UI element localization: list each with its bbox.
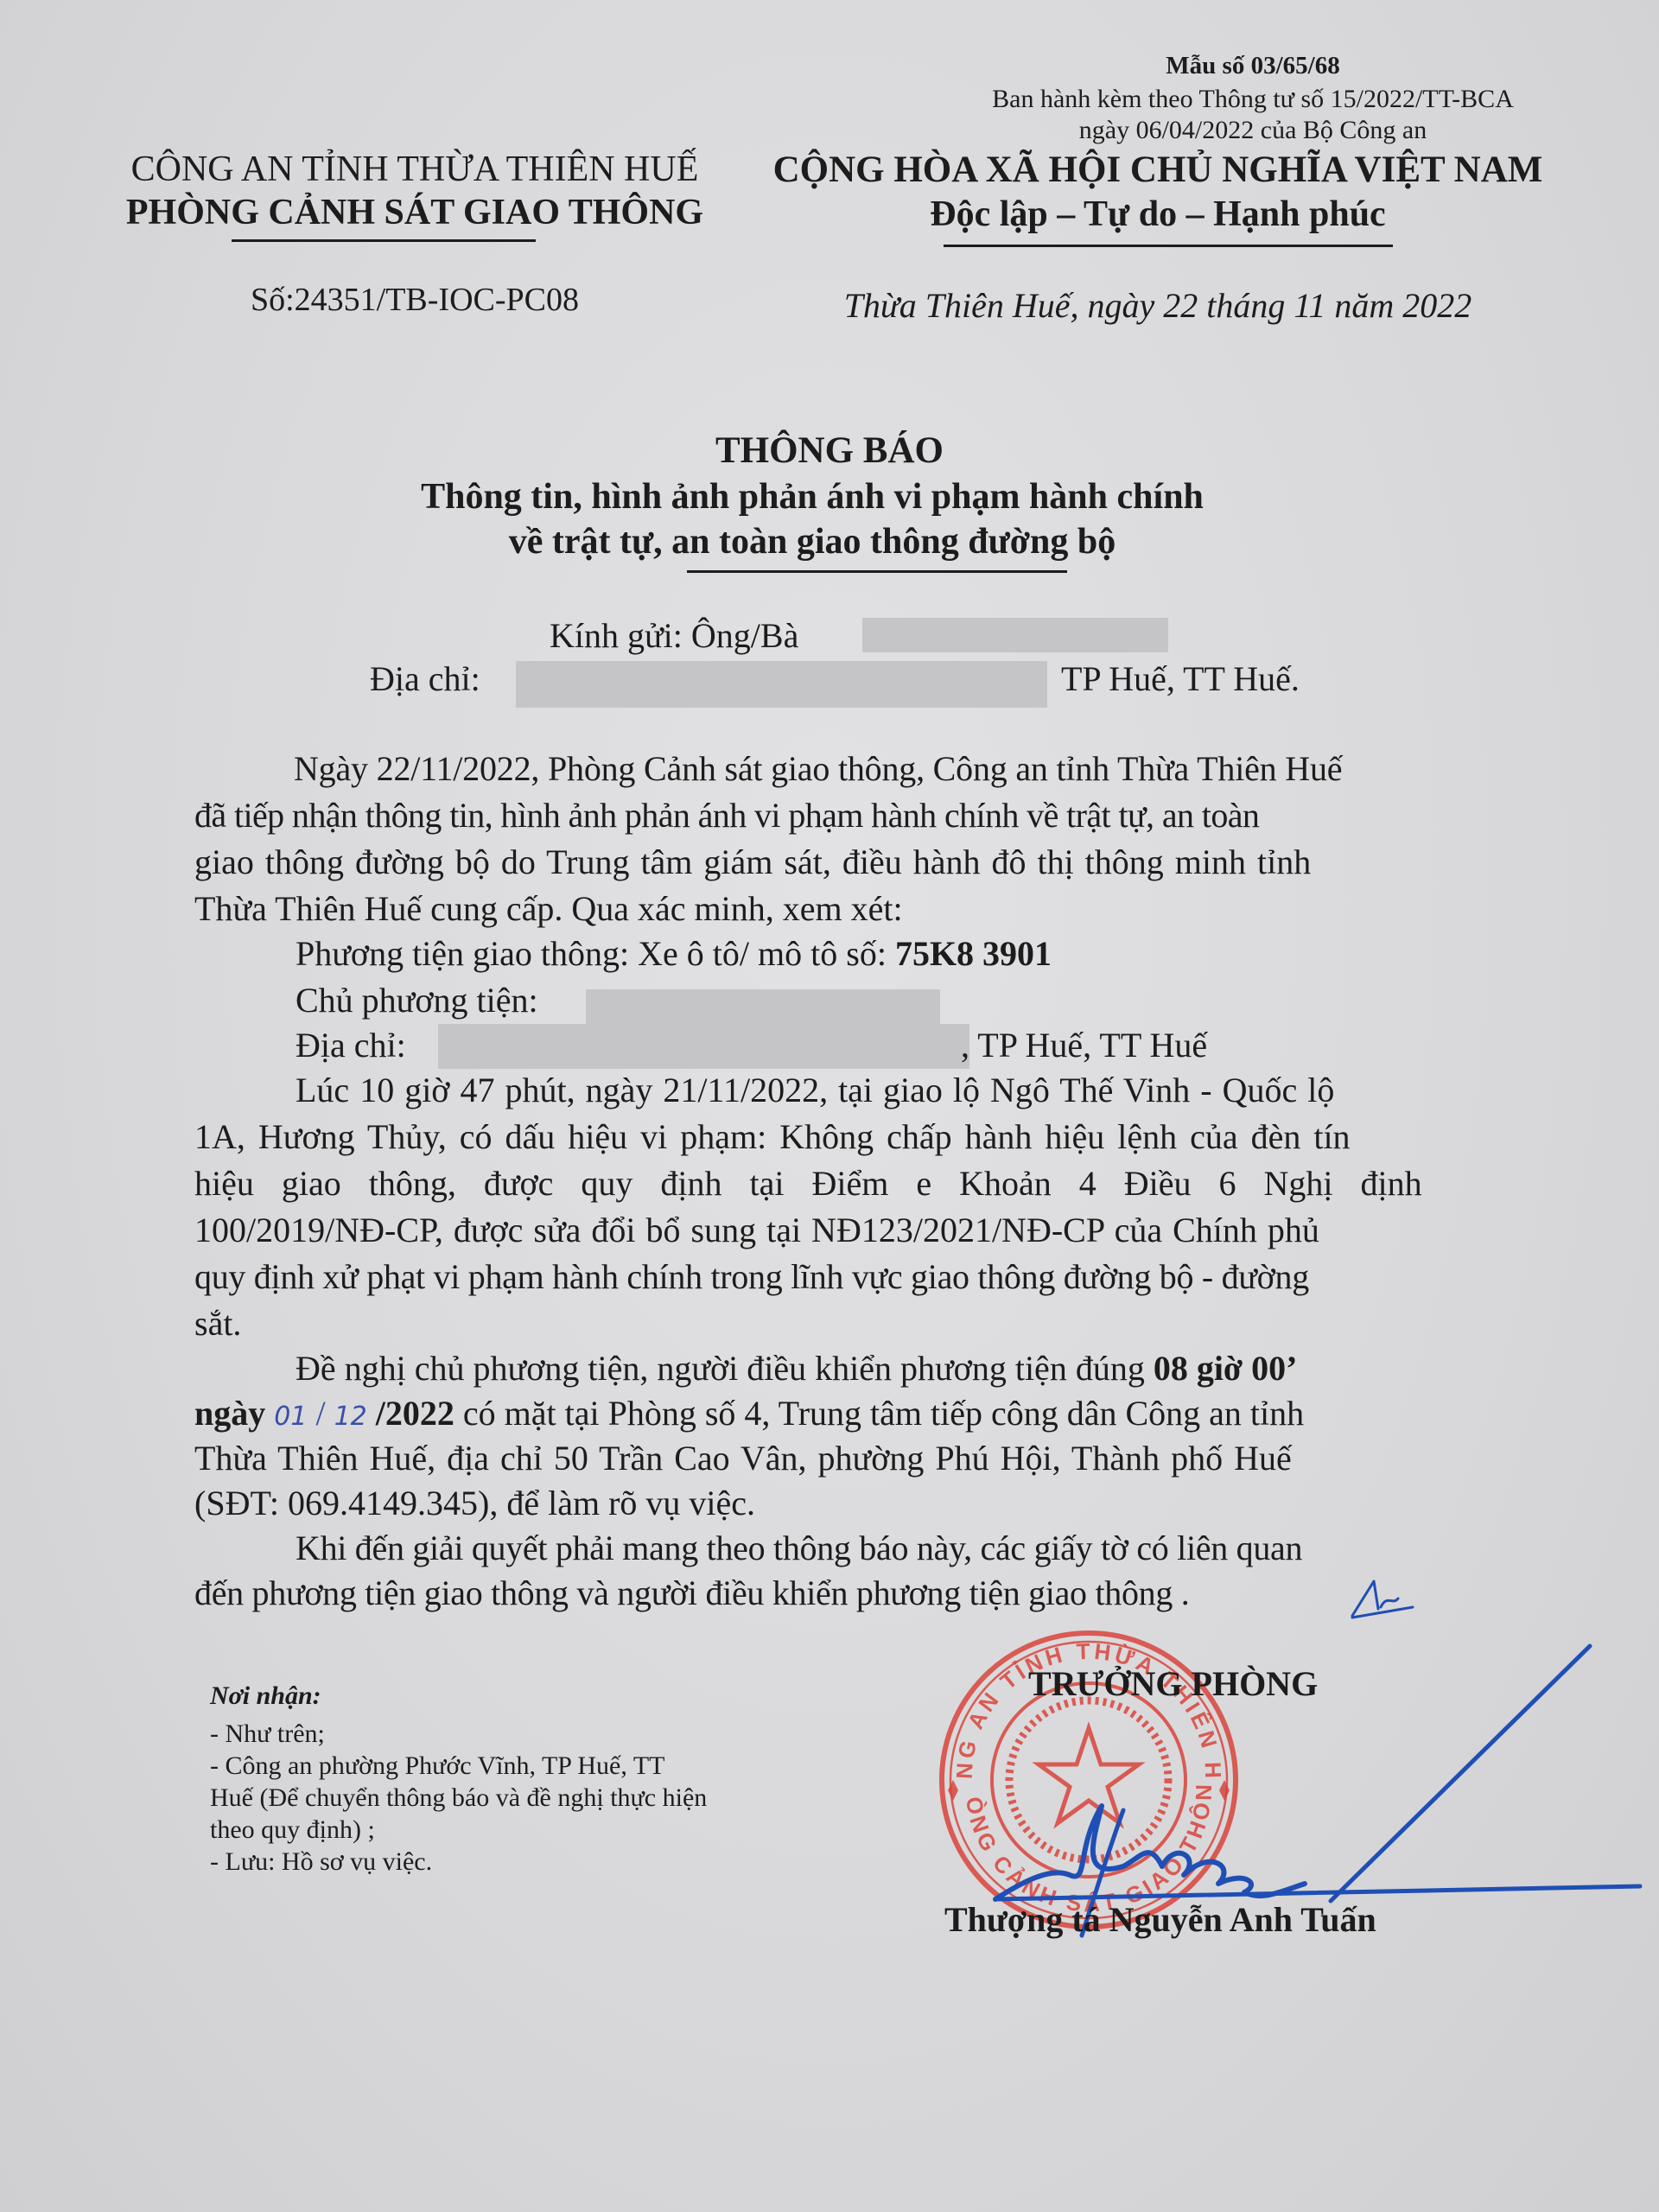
violation-line-1: Lúc 10 giờ 47 phút, ngày 21/11/2022, tại… bbox=[296, 1070, 1334, 1110]
place-date: Thừa Thiên Huế, ngày 22 tháng 11 năm 202… bbox=[752, 285, 1564, 326]
request-line-4: (SĐT: 069.4149.345), để làm rõ vụ việc. bbox=[194, 1483, 755, 1523]
appointment-year: /2022 bbox=[376, 1394, 454, 1433]
vehicle-row: Phương tiện giao thông: Xe ô tô/ mô tô s… bbox=[296, 933, 1052, 974]
request-location-text: có mặt tại Phòng số 4, Trung tâm tiếp cô… bbox=[463, 1394, 1304, 1433]
parent-agency: CÔNG AN TỈNH THỪA THIÊN HUẾ bbox=[112, 149, 717, 190]
handwritten-day: 01 bbox=[274, 1402, 307, 1432]
salutation-label: Kính gửi: Ông/Bà bbox=[550, 615, 798, 656]
issued-with-text: Ban hành kèm theo Thông tư số 15/2022/TT… bbox=[933, 85, 1573, 114]
request-line-1: Đề nghị chủ phương tiện, người điều khiể… bbox=[296, 1348, 1297, 1389]
intro-line-2: đã tiếp nhận thông tin, hình ảnh phản án… bbox=[194, 795, 1259, 836]
closing-line-2: đến phương tiện giao thông và người điều… bbox=[194, 1573, 1189, 1613]
title-underline bbox=[687, 570, 1067, 573]
stamp-star-icon bbox=[1039, 1728, 1139, 1823]
document-title: THÔNG BÁO bbox=[0, 429, 1659, 472]
violation-line-4: 100/2019/NĐ-CP, được sửa đổi bổ sung tại… bbox=[194, 1210, 1319, 1250]
violation-line-3: hiệu giao thông, được quy định tại Điểm … bbox=[194, 1163, 1422, 1204]
redacted-owner-name bbox=[586, 989, 940, 1024]
document-subtitle-line1: Thông tin, hình ảnh phản ánh vi phạm hàn… bbox=[0, 476, 1642, 518]
request-line-2: ngày 01 / 12 /2022 có mặt tại Phòng số 4… bbox=[194, 1393, 1304, 1433]
violation-line-6: sắt. bbox=[194, 1303, 241, 1344]
request-line-3: Thừa Thiên Huế, địa chỉ 50 Trần Cao Vân,… bbox=[194, 1438, 1292, 1478]
issued-date-text: ngày 06/04/2022 của Bộ Công an bbox=[933, 116, 1573, 145]
closing-line-1: Khi đến giải quyết phải mang theo thông … bbox=[296, 1528, 1302, 1568]
owner-label: Chủ phương tiện: bbox=[296, 980, 538, 1020]
signer-name: Thượng tá Nguyễn Anh Tuấn bbox=[944, 1899, 1376, 1940]
intro-line-3: giao thông đường bộ do Trung tâm giám sá… bbox=[194, 842, 1311, 882]
violation-line-5: quy định xử phạt vi phạm hành chính tron… bbox=[194, 1256, 1309, 1297]
request-text: Đề nghị chủ phương tiện, người điều khiể… bbox=[296, 1349, 1145, 1388]
form-number: Mẫu số 03/65/68 bbox=[950, 52, 1555, 80]
owner-address-suffix: , TP Huế, TT Huế bbox=[961, 1025, 1207, 1065]
redacted-recipient-name bbox=[862, 618, 1168, 652]
department-name: PHÒNG CẢNH SÁT GIAO THÔNG bbox=[112, 192, 717, 233]
recipient-line-4: theo quy định) ; bbox=[210, 1815, 375, 1845]
redacted-recipient-address bbox=[516, 661, 1047, 708]
issuer-underline bbox=[232, 239, 536, 242]
address-label: Địa chỉ: bbox=[370, 658, 480, 699]
owner-address-label: Địa chỉ: bbox=[296, 1025, 406, 1065]
recipients-heading: Nơi nhận: bbox=[210, 1681, 321, 1711]
national-motto: Độc lập – Tự do – Hạnh phúc bbox=[752, 194, 1564, 235]
vehicle-label: Phương tiện giao thông: Xe ô tô/ mô tô s… bbox=[296, 934, 887, 973]
recipient-line-3: Huế (Để chuyển thông báo và đề nghị thực… bbox=[210, 1783, 707, 1813]
document-subtitle-line2: về trật tự, an toàn giao thông đường bộ bbox=[0, 521, 1642, 563]
redacted-owner-address bbox=[438, 1024, 969, 1069]
signer-position: TRƯỞNG PHÒNG bbox=[1028, 1663, 1318, 1704]
recipient-line-5: - Lưu: Hồ sơ vụ việc. bbox=[210, 1847, 432, 1877]
date-slash: / bbox=[315, 1394, 325, 1433]
handwritten-month: 12 bbox=[334, 1402, 367, 1432]
document-number: Số:24351/TB-IOC-PC08 bbox=[112, 281, 717, 319]
recipient-line-2: - Công an phường Phước Vĩnh, TP Huế, TT bbox=[210, 1751, 664, 1781]
nation-title: CỘNG HÒA XÃ HỘI CHỦ NGHĨA VIỆT NAM bbox=[752, 149, 1564, 191]
appointment-day-label: ngày bbox=[194, 1394, 265, 1433]
appointment-time: 08 giờ 00’ bbox=[1154, 1349, 1298, 1388]
violation-line-2: 1A, Hương Thủy, có dấu hiệu vi phạm: Khô… bbox=[194, 1116, 1351, 1157]
address-suffix: TP Huế, TT Huế. bbox=[1061, 658, 1300, 699]
intro-line-4: Thừa Thiên Huế cung cấp. Qua xác minh, x… bbox=[194, 888, 903, 929]
plate-number: 75K8 3901 bbox=[895, 934, 1052, 973]
motto-underline bbox=[944, 245, 1393, 247]
intro-line-1: Ngày 22/11/2022, Phòng Cảnh sát giao thô… bbox=[294, 748, 1342, 789]
recipient-line-1: - Như trên; bbox=[210, 1719, 325, 1749]
